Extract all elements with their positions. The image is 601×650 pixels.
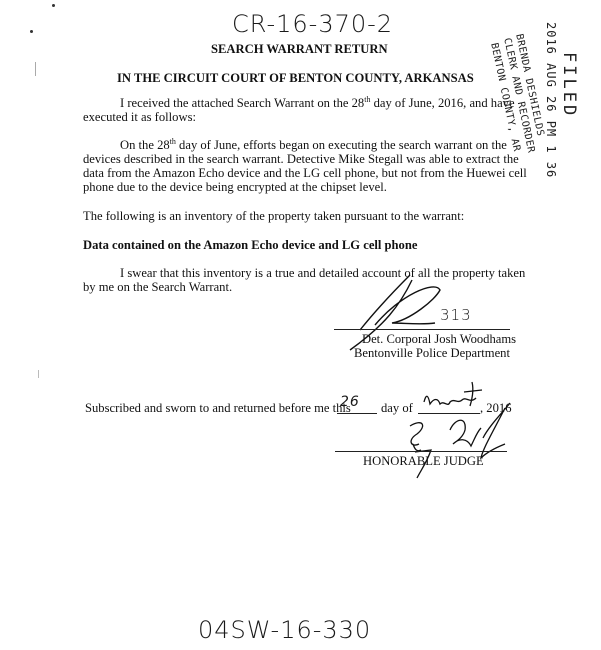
paragraph-execution-line2: devices described in the search warrant.… <box>83 152 519 166</box>
inventory-intro: The following is an inventory of the pro… <box>83 209 464 223</box>
oath-line1: I swear that this inventory is a true an… <box>120 266 525 280</box>
judge-signature <box>355 408 515 480</box>
margin-speck <box>52 4 55 7</box>
document-title: SEARCH WARRANT RETURN <box>211 42 388 56</box>
officer-badge-handwritten: 313 <box>440 306 472 324</box>
paragraph-execution-line3: data from the Amazon Echo device and the… <box>83 166 527 180</box>
paragraph-received: I received the attached Search Warrant o… <box>120 96 515 110</box>
inventory-item: Data contained on the Amazon Echo device… <box>83 238 417 252</box>
paragraph-execution-line4: phone due to the device being encrypted … <box>83 180 387 194</box>
officer-signature-line <box>334 329 510 330</box>
filing-stamp-datetime: 2016 AUG 26 PM 1 36 <box>544 22 558 178</box>
paragraph-execution: On the 28th day of June, efforts began o… <box>120 138 507 152</box>
case-number-handwritten: CR-16-370-2 <box>232 10 393 38</box>
oath-line2: by me on the Search Warrant. <box>83 280 232 294</box>
officer-department: Bentonville Police Department <box>354 346 510 360</box>
officer-name: Det. Corporal Josh Woodhams <box>362 332 516 346</box>
text: day of June, 2016, and have <box>370 96 514 110</box>
jurat-text-a: Subscribed and sworn to and returned bef… <box>85 401 351 415</box>
judge-signature-line <box>335 451 507 452</box>
margin-speck <box>33 62 36 76</box>
judge-title: HONORABLE JUDGE <box>363 454 484 468</box>
text: I received the attached Search Warrant o… <box>120 96 364 110</box>
footer-case-number-handwritten: 04SW-16-330 <box>198 616 371 644</box>
paragraph-received-line2: executed it as follows: <box>83 110 196 124</box>
text: day of June, efforts began on executing … <box>176 138 507 152</box>
margin-speck <box>30 30 33 33</box>
margin-speck <box>38 370 39 378</box>
court-heading: IN THE CIRCUIT COURT OF BENTON COUNTY, A… <box>117 71 474 85</box>
filing-stamp-label: FILED <box>559 52 579 118</box>
text: On the 28 <box>120 138 170 152</box>
